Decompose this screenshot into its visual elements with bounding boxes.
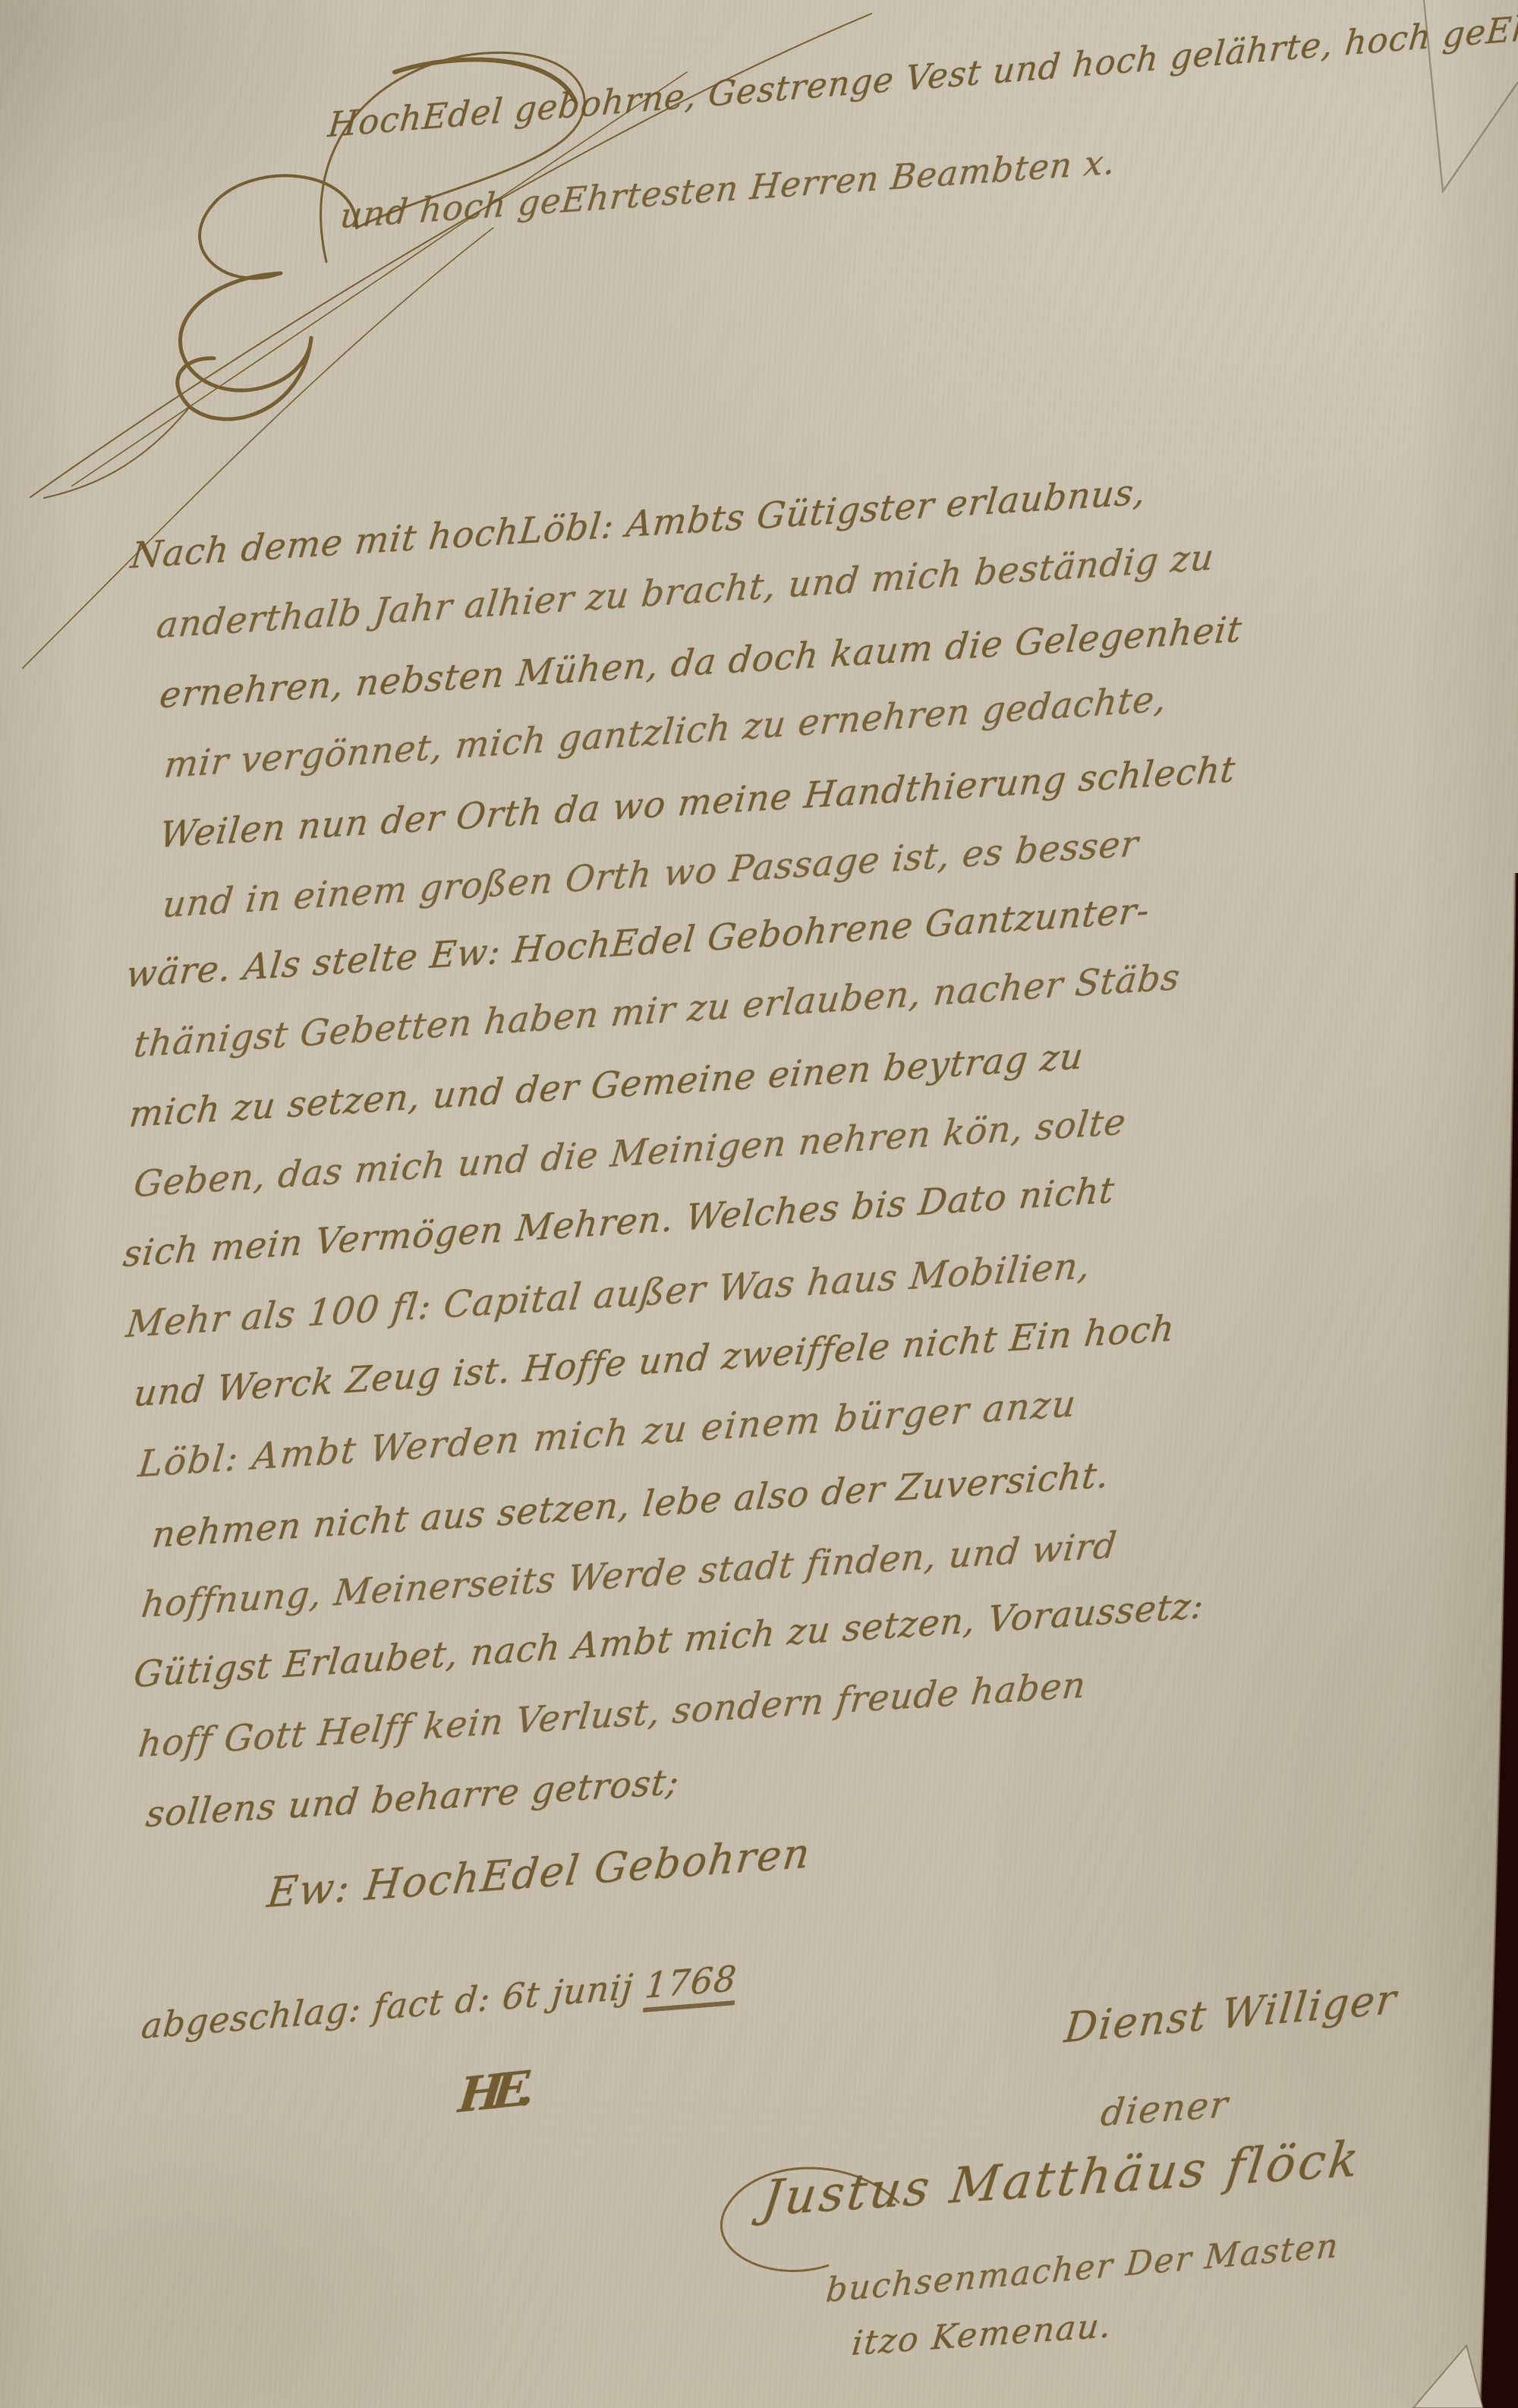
manuscript-page: HochEdel gebohrne, Gestrenge Vest und ho… [0,0,1518,2408]
clerk-monogram: HE. [456,2060,528,2123]
signature-profession: buchsenmacher Der Masten [824,2226,1341,2310]
date-year: 1768 [643,1958,739,2012]
valediction-role: diener [1098,2083,1231,2135]
salutation-line-1: HochEdel gebohrne, Gestrenge Vest und ho… [326,5,1518,146]
closing-line: Ew: HochEdel Gebohren [265,1829,814,1917]
date-line: abgeschlag: fact d: 6t junij 1768 [140,1958,739,2047]
backdrop-right-edge [1480,873,1518,2408]
folded-corner [1413,2346,1483,2408]
page-edge-line [1480,873,1515,2408]
body-line: sollens und beharre getrost; [143,1761,681,1836]
date-note: abgeschlag: fact d: 6t junij [140,1965,647,2047]
signature-name: Justus Matthäus flöck [759,2131,1365,2227]
valediction-line: Dienst Williger [1062,1975,1400,2052]
signature-residence: itzo Kemenau. [850,2306,1114,2363]
salutation-line-2: und hoch geEhrtesten Herren Beambten x. [339,141,1118,236]
